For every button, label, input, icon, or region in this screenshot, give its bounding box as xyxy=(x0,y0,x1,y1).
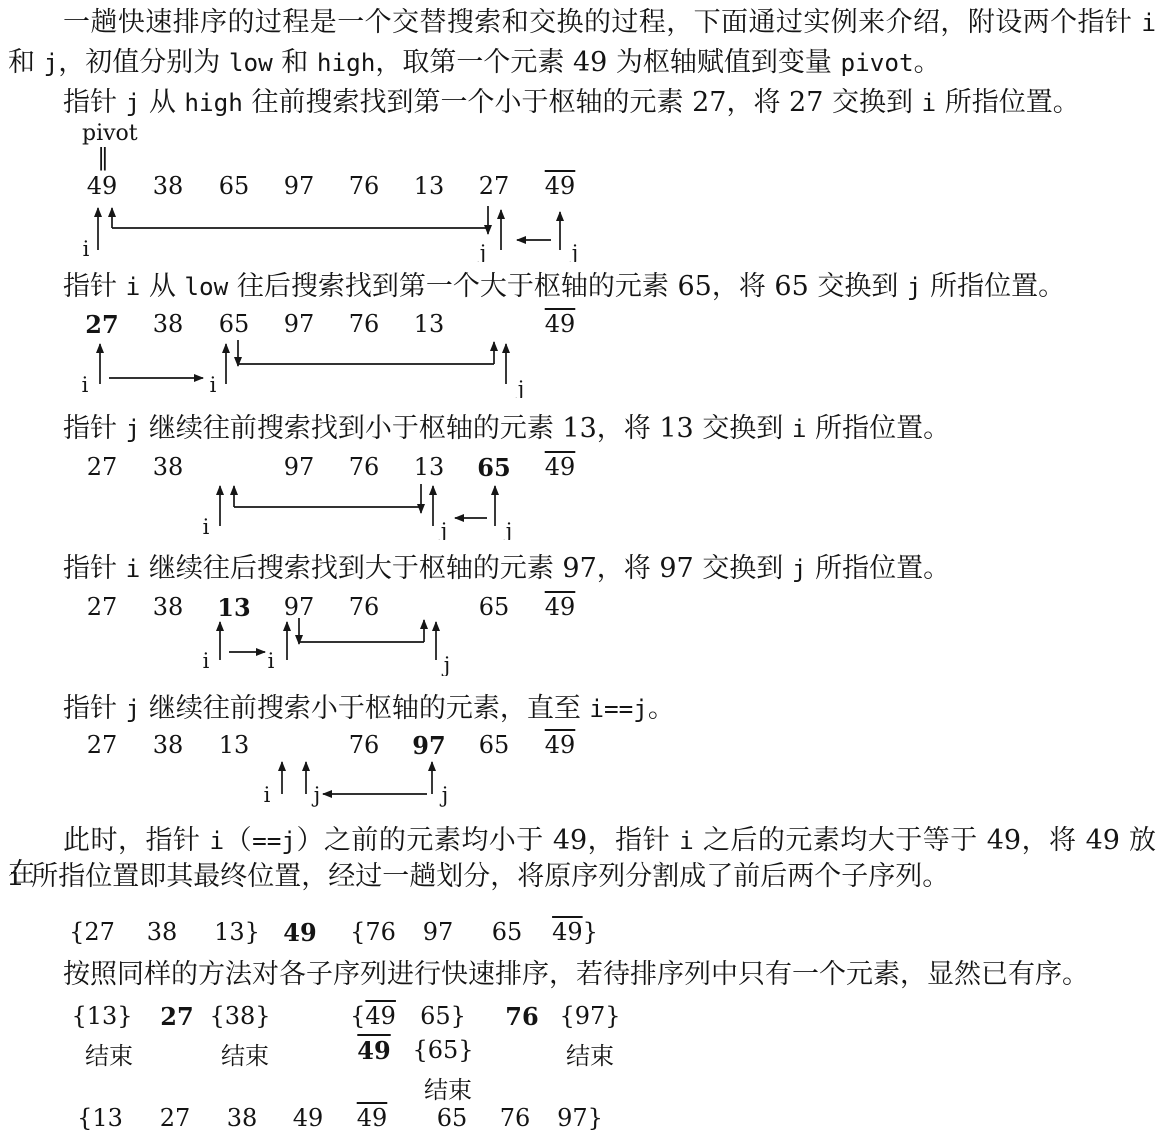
pointer-label-j: j xyxy=(515,377,525,398)
array-cell-sentinel: 49 xyxy=(357,1104,388,1132)
paragraph-step3: 指针 j 继续往前搜索找到小于枢轴的元素 13，将 13 交换到 i 所指位置。 xyxy=(8,412,1156,445)
array-cell-sentinel: 49 xyxy=(545,172,576,200)
array-state-3: 27 38 97 76 13 65 49 xyxy=(0,453,700,481)
array-cell: 97} xyxy=(557,1104,603,1132)
paragraph-step2: 指针 i 从 low 往后搜索找到第一个大于枢轴的元素 65，将 65 交换到 … xyxy=(8,270,1156,303)
paragraph-step4: 指针 i 继续往后搜索找到大于枢轴的元素 97，将 97 交换到 j 所指位置。 xyxy=(8,552,1156,585)
j-move-group: j xyxy=(323,762,448,807)
array-cell-sentinel: 49 xyxy=(545,453,576,481)
array-cell: 38 xyxy=(147,918,178,946)
recursion-row-3: 结束 xyxy=(0,1070,700,1098)
array-cell: 13 xyxy=(414,453,445,481)
array-cell: 65} xyxy=(420,1002,466,1030)
i-old-group: i xyxy=(203,622,220,673)
pointer-label-j: j xyxy=(569,241,579,262)
pointer-arrows-2: i i j xyxy=(0,336,620,398)
array-cell: {65} xyxy=(412,1036,473,1064)
finished-label: 结束 xyxy=(566,1036,614,1071)
array-cell: 65 xyxy=(219,310,250,338)
paragraph-step5: 指针 j 继续往前搜索小于枢轴的元素，直至 i==j。 xyxy=(8,692,1156,725)
paragraph-intro-line2: 和 j，初值分别为 low 和 high，取第一个元素 49 为枢轴赋值到变量 … xyxy=(8,46,1156,79)
paragraph-intro-line1: 一趟快速排序的过程是一个交替搜索和交换的过程，下面通过实例来介绍，附设两个指针 … xyxy=(8,6,1156,39)
pointer-label-i: i xyxy=(82,373,89,397)
pointer-arrows-5: i j j xyxy=(0,754,620,808)
array-cell: 13 xyxy=(414,310,445,338)
finished-label: 结束 xyxy=(85,1036,133,1071)
pointer-label-j: j xyxy=(439,783,449,807)
j-move-group: j xyxy=(455,486,512,540)
array-cell: 49 xyxy=(87,172,118,200)
pointer-arrows-3: i j j xyxy=(0,478,620,540)
pointer-label-i: i xyxy=(203,515,210,539)
i-pointer-group: i xyxy=(203,486,234,539)
array-cell: 65 xyxy=(219,172,250,200)
array-cell-sentinel: 49} xyxy=(552,918,598,946)
recursion-row-1: {13} 27 {38} {49 65} 76 {97} xyxy=(0,1002,700,1030)
array-cell-pivot-final: 49 xyxy=(283,918,316,947)
paragraph-recursion: 按照同样的方法对各子序列进行快速排序，若待排序列中只有一个元素，显然已有序。 xyxy=(8,958,1156,991)
array-cell-swapped: 27 xyxy=(85,310,118,339)
pointer-label-j: j xyxy=(441,653,451,676)
pointer-label-j: j xyxy=(503,519,513,540)
j-pointer-group: j xyxy=(477,206,501,262)
pointer-arrows-1: i j j xyxy=(0,200,620,262)
textbook-page-quicksort: 一趟快速排序的过程是一个交替搜索和交换的过程，下面通过实例来介绍，附设两个指针 … xyxy=(0,0,1163,1141)
paragraph-step1: 指针 j 从 high 往前搜索找到第一个小于枢轴的元素 27，将 27 交换到… xyxy=(8,86,1156,119)
final-sorted-row: {13 27 38 49 49 65 76 97} xyxy=(0,1104,700,1132)
pointer-label-i: i xyxy=(268,649,275,673)
array-cell: 27 xyxy=(479,172,510,200)
array-cell: {97} xyxy=(559,1002,620,1030)
array-cell: 65 xyxy=(437,1104,468,1132)
pointer-label-i: i xyxy=(203,649,210,673)
j-move-group: j xyxy=(517,212,578,262)
paragraph-result-line2: i 所指位置即其最终位置，经过一趟划分，将原序列分割成了前后两个子序列。 xyxy=(8,860,1156,893)
array-cell: {27 xyxy=(69,918,115,946)
array-cell: 38 xyxy=(227,1104,258,1132)
finished-label: 结束 xyxy=(221,1036,269,1071)
array-cell: {13 xyxy=(77,1104,123,1132)
i-pointer-group: i xyxy=(264,762,282,807)
pointer-label-j: j xyxy=(477,241,487,262)
array-cell: 38 xyxy=(153,453,184,481)
array-cell: 49 xyxy=(293,1104,324,1132)
i-new-group: i xyxy=(210,340,238,397)
array-state-2: 27 38 65 97 76 13 49 xyxy=(0,310,700,338)
array-cell: 76 xyxy=(349,172,380,200)
i-new-group: i xyxy=(268,618,299,673)
pivot-equals-icon: ‖ xyxy=(97,145,109,171)
array-cell: {38} xyxy=(209,1002,270,1030)
array-cell: 76 xyxy=(505,1002,538,1031)
array-state-1: 49 38 65 97 76 13 27 49 xyxy=(0,172,700,200)
array-cell: 76 xyxy=(500,1104,531,1132)
recursion-row-2: 结束 结束 49 {65} 结束 xyxy=(0,1036,700,1064)
array-cell: 38 xyxy=(153,172,184,200)
j-pointer-group: j xyxy=(306,762,320,807)
array-cell: {49 xyxy=(350,1002,396,1030)
pointer-label-j: j xyxy=(311,783,321,807)
array-cell: 13} xyxy=(214,918,260,946)
pointer-label-i: i xyxy=(83,237,90,261)
array-cell: 27 xyxy=(160,1104,191,1132)
j-pointer-group: j xyxy=(424,620,450,676)
array-cell-sentinel: 49 xyxy=(357,1036,390,1065)
pivot-label: pivot xyxy=(82,121,138,146)
finished-label: 结束 xyxy=(424,1070,472,1105)
array-cell: 97 xyxy=(284,172,315,200)
array-cell: {13} xyxy=(71,1002,132,1030)
i-pointer-group: i xyxy=(83,208,112,261)
pointer-label-i: i xyxy=(264,783,271,807)
array-cell: 97 xyxy=(284,453,315,481)
array-cell: 76 xyxy=(349,453,380,481)
i-old-group: i xyxy=(82,344,100,397)
array-cell: 27 xyxy=(87,453,118,481)
array-cell: 38 xyxy=(153,310,184,338)
array-cell: 97 xyxy=(423,918,454,946)
array-cell: 97 xyxy=(284,310,315,338)
array-cell: 65 xyxy=(492,918,523,946)
array-cell: 76 xyxy=(349,310,380,338)
array-cell: 27 xyxy=(160,1002,193,1031)
array-cell-sentinel: 49 xyxy=(545,310,576,338)
j-pointer-group: j xyxy=(421,484,447,540)
pointer-arrows-4: i i j xyxy=(0,616,620,676)
pointer-label-j: j xyxy=(438,519,448,540)
j-pointer-group: j xyxy=(494,342,524,398)
pointer-label-i: i xyxy=(210,373,217,397)
array-cell: 13 xyxy=(414,172,445,200)
array-cell: {76 xyxy=(350,918,396,946)
partition-result-row: {27 38 13} 49 {76 97 65 49} xyxy=(0,918,700,946)
